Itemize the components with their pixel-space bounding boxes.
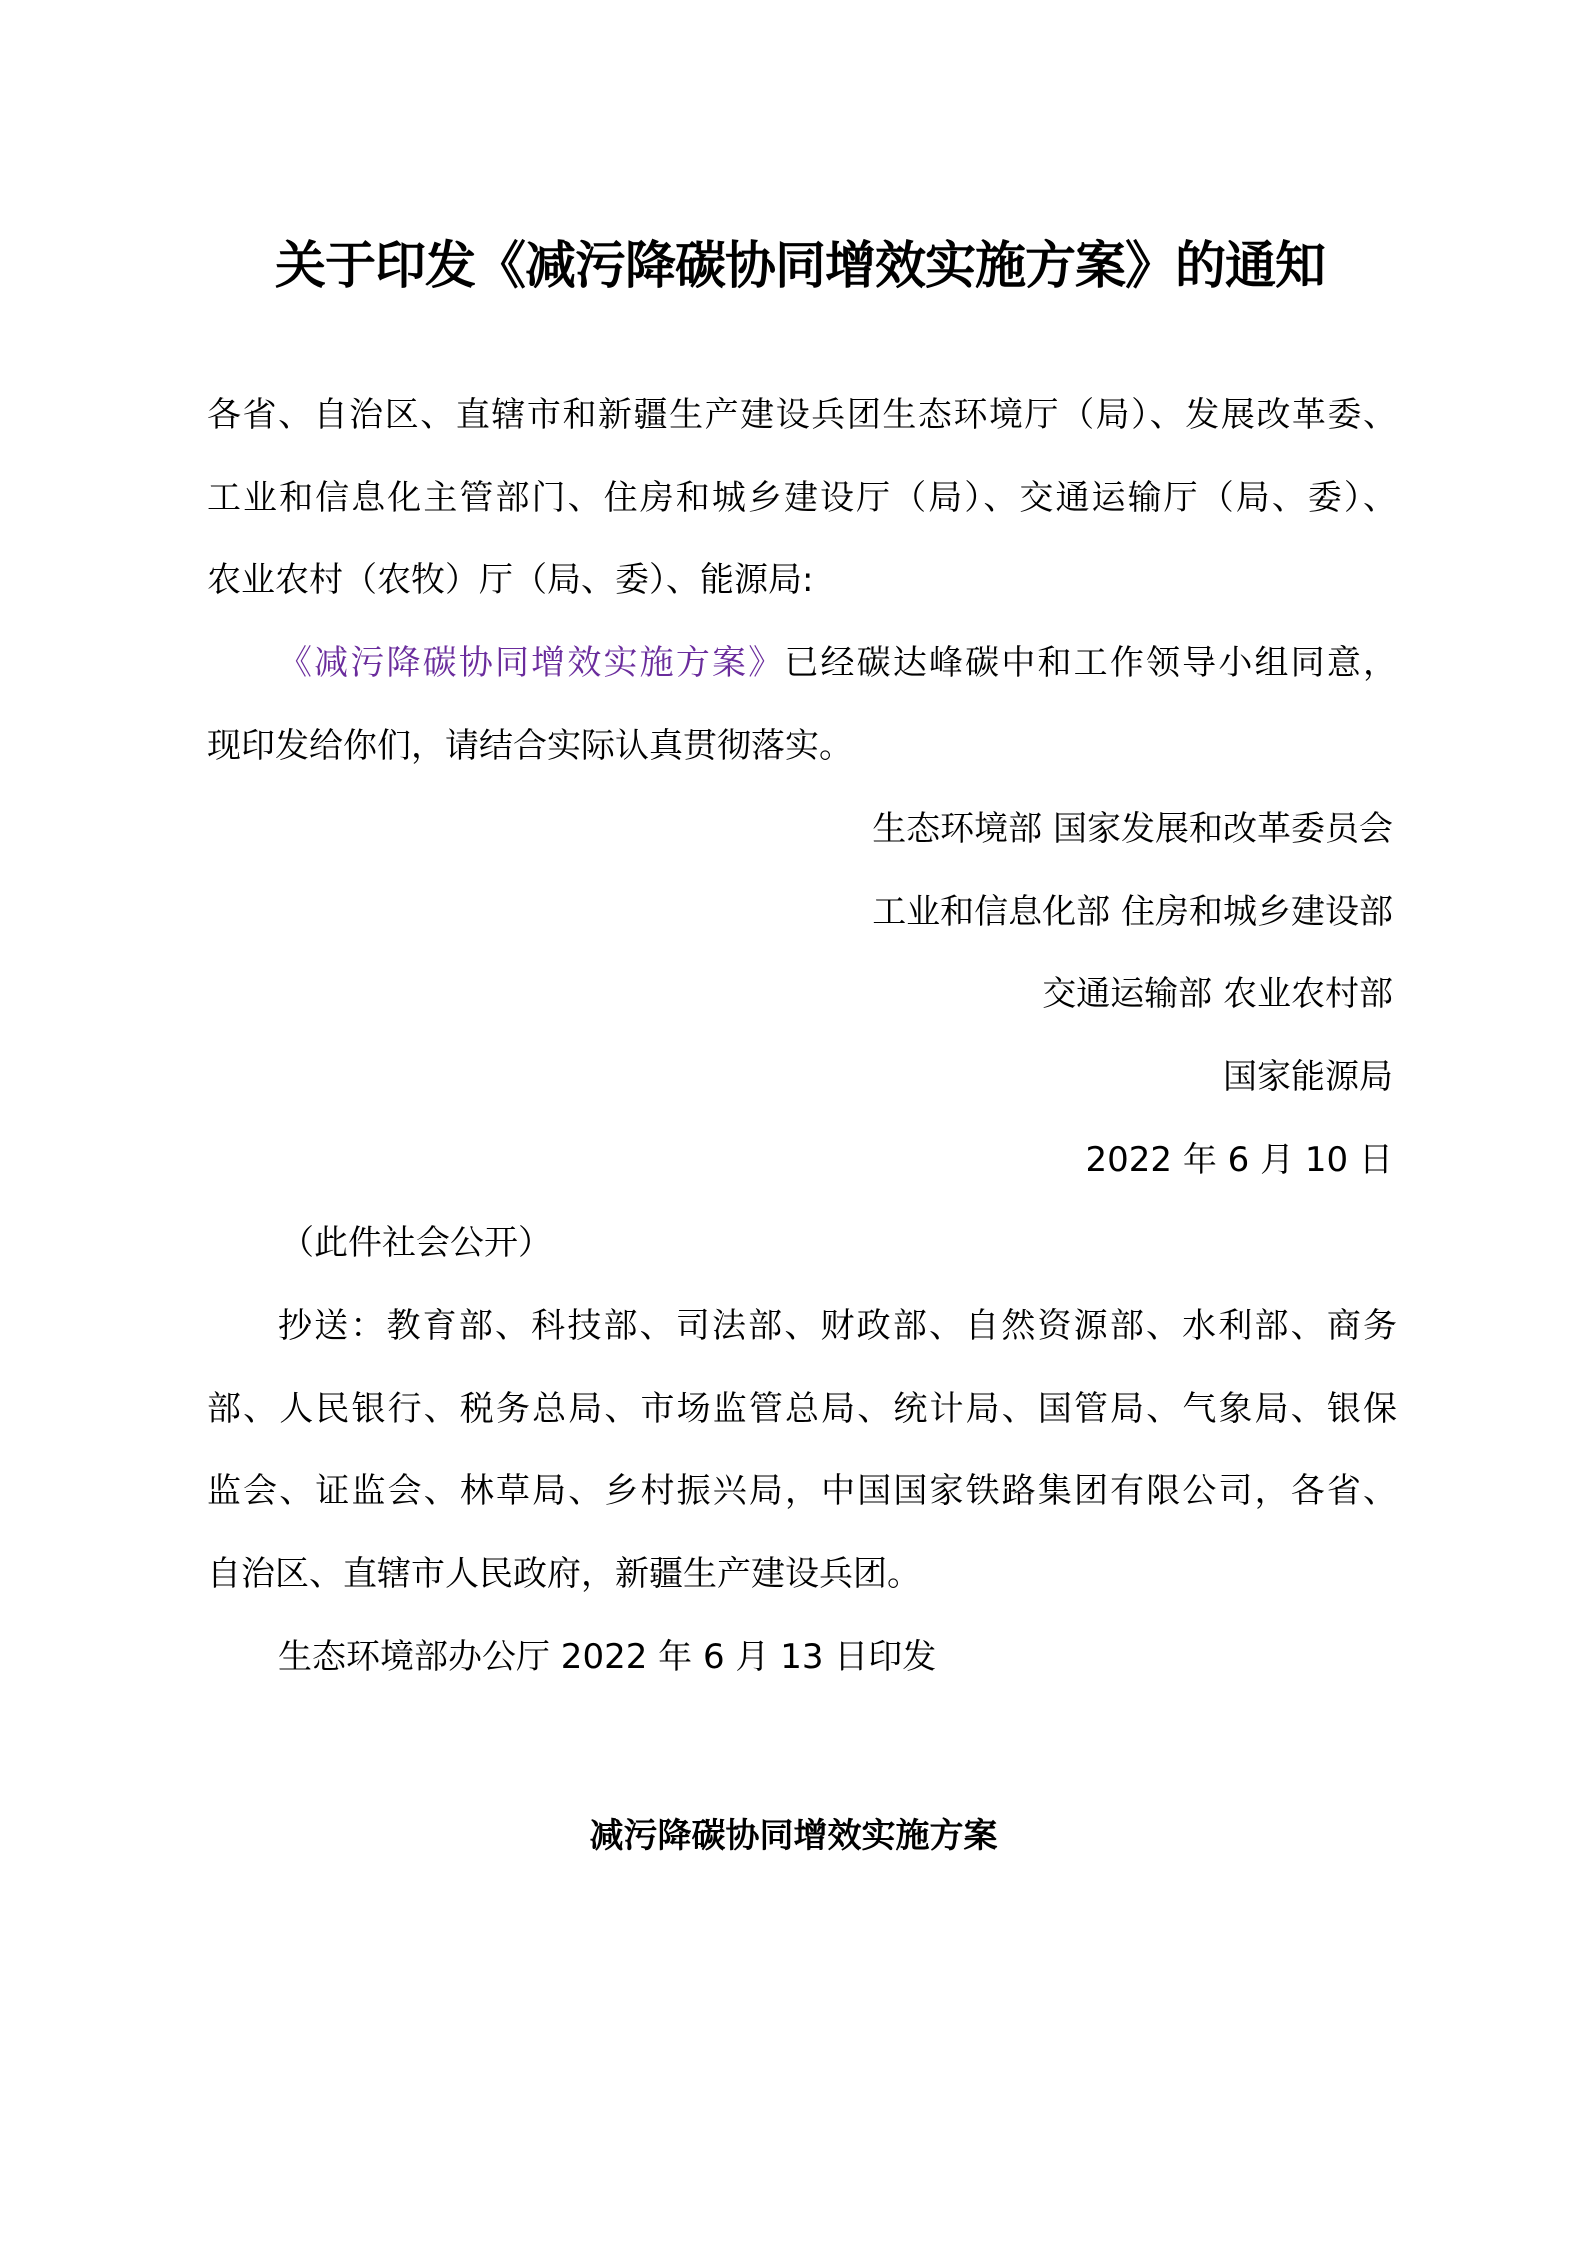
addressee-line-3: 农业农村（农牧）厅（局、委）、能源局: [207, 556, 1397, 604]
body-line-1-text: 已经碳达峰碳中和工作领导小组同意， [784, 643, 1397, 683]
cc-line-2: 部、人民银行、税务总局、市场监管总局、统计局、国管局、气象局、银保 [207, 1385, 1397, 1433]
cc-line-1: 抄送：教育部、科技部、司法部、财政部、自然资源部、水利部、商务 [278, 1302, 1397, 1350]
signatory-line-1: 生态环境部 国家发展和改革委员会 [872, 805, 1393, 853]
signatory-line-4: 国家能源局 [1223, 1053, 1393, 1101]
addressee-line-1: 各省、自治区、直辖市和新疆生产建设兵团生态环境厅（局）、发展改革委、 [207, 391, 1397, 439]
attachment-title: 减污降碳协同增效实施方案 [0, 1812, 1587, 1860]
signatory-line-3: 交通运输部 农业农村部 [1042, 970, 1393, 1018]
issued-by-line: 生态环境部办公厅 2022 年 6 月 13 日印发 [278, 1633, 1397, 1681]
cc-line-4: 自治区、直辖市人民政府，新疆生产建设兵团。 [207, 1550, 1397, 1598]
signatory-line-2: 工业和信息化部 住房和城乡建设部 [872, 888, 1393, 936]
document-date: 2022 年 6 月 10 日 [1086, 1136, 1393, 1184]
body-paragraph-line-1: 《减污降碳协同增效实施方案》已经碳达峰碳中和工作领导小组同意， [278, 639, 1397, 687]
document-title: 关于印发《减污降碳协同增效实施方案》的通知 [200, 232, 1400, 302]
cc-line-3: 监会、证监会、林草局、乡村振兴局，中国国家铁路集团有限公司，各省、 [207, 1467, 1397, 1515]
addressee-line-2: 工业和信息化主管部门、住房和城乡建设厅（局）、交通运输厅（局、委）、 [207, 474, 1397, 522]
plan-document-link[interactable]: 《减污降碳协同增效实施方案》 [278, 643, 784, 683]
body-paragraph-line-2: 现印发给你们，请结合实际认真贯彻落实。 [207, 722, 1397, 770]
public-disclosure-note: （此件社会公开） [280, 1219, 1470, 1267]
document-page: 关于印发《减污降碳协同增效实施方案》的通知 各省、自治区、直辖市和新疆生产建设兵… [0, 0, 1587, 2245]
